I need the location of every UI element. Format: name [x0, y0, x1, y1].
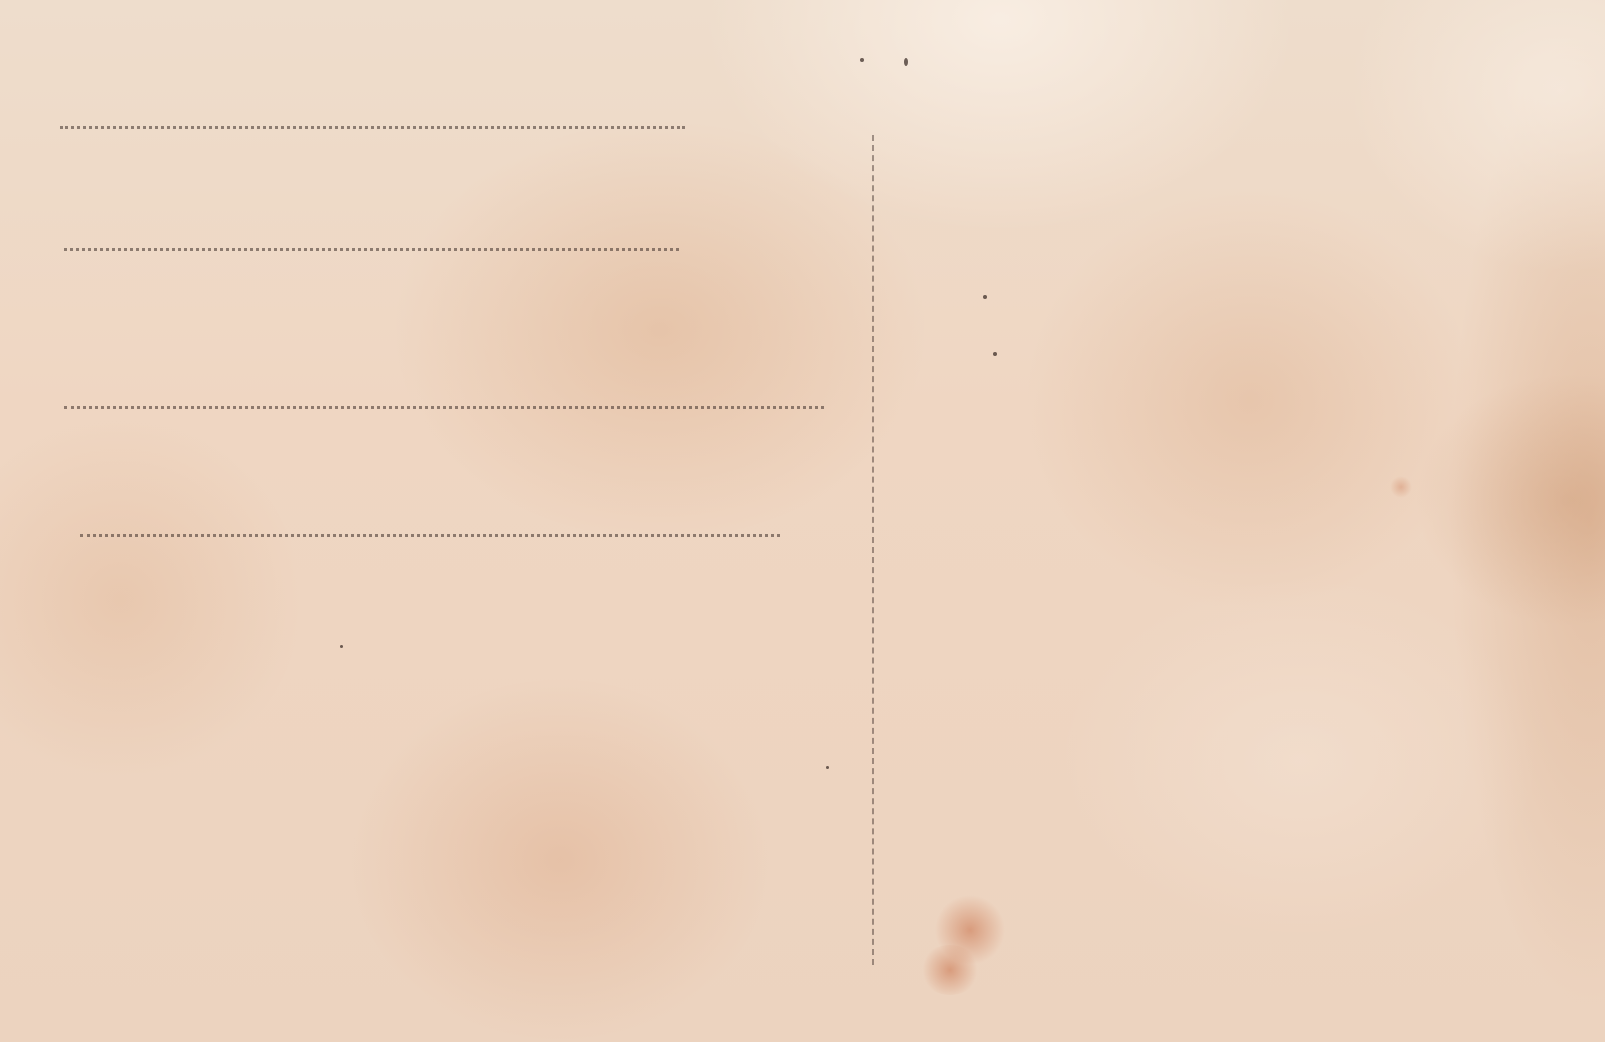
postcard-back: back: [0, 0, 1605, 1042]
center-divider: [872, 135, 874, 965]
ink-speck: [340, 645, 343, 648]
water-stain: [1390, 476, 1412, 498]
address-line-1: [60, 126, 685, 129]
address-line-2: [64, 248, 679, 251]
water-stain: [920, 945, 980, 995]
address-line-4: [80, 534, 780, 537]
ink-speck: [826, 766, 829, 769]
ink-speck: [983, 295, 987, 299]
ink-speck: [993, 352, 997, 356]
ink-speck: [860, 58, 864, 62]
address-line-3: [64, 406, 824, 409]
ink-speck: [904, 58, 908, 66]
